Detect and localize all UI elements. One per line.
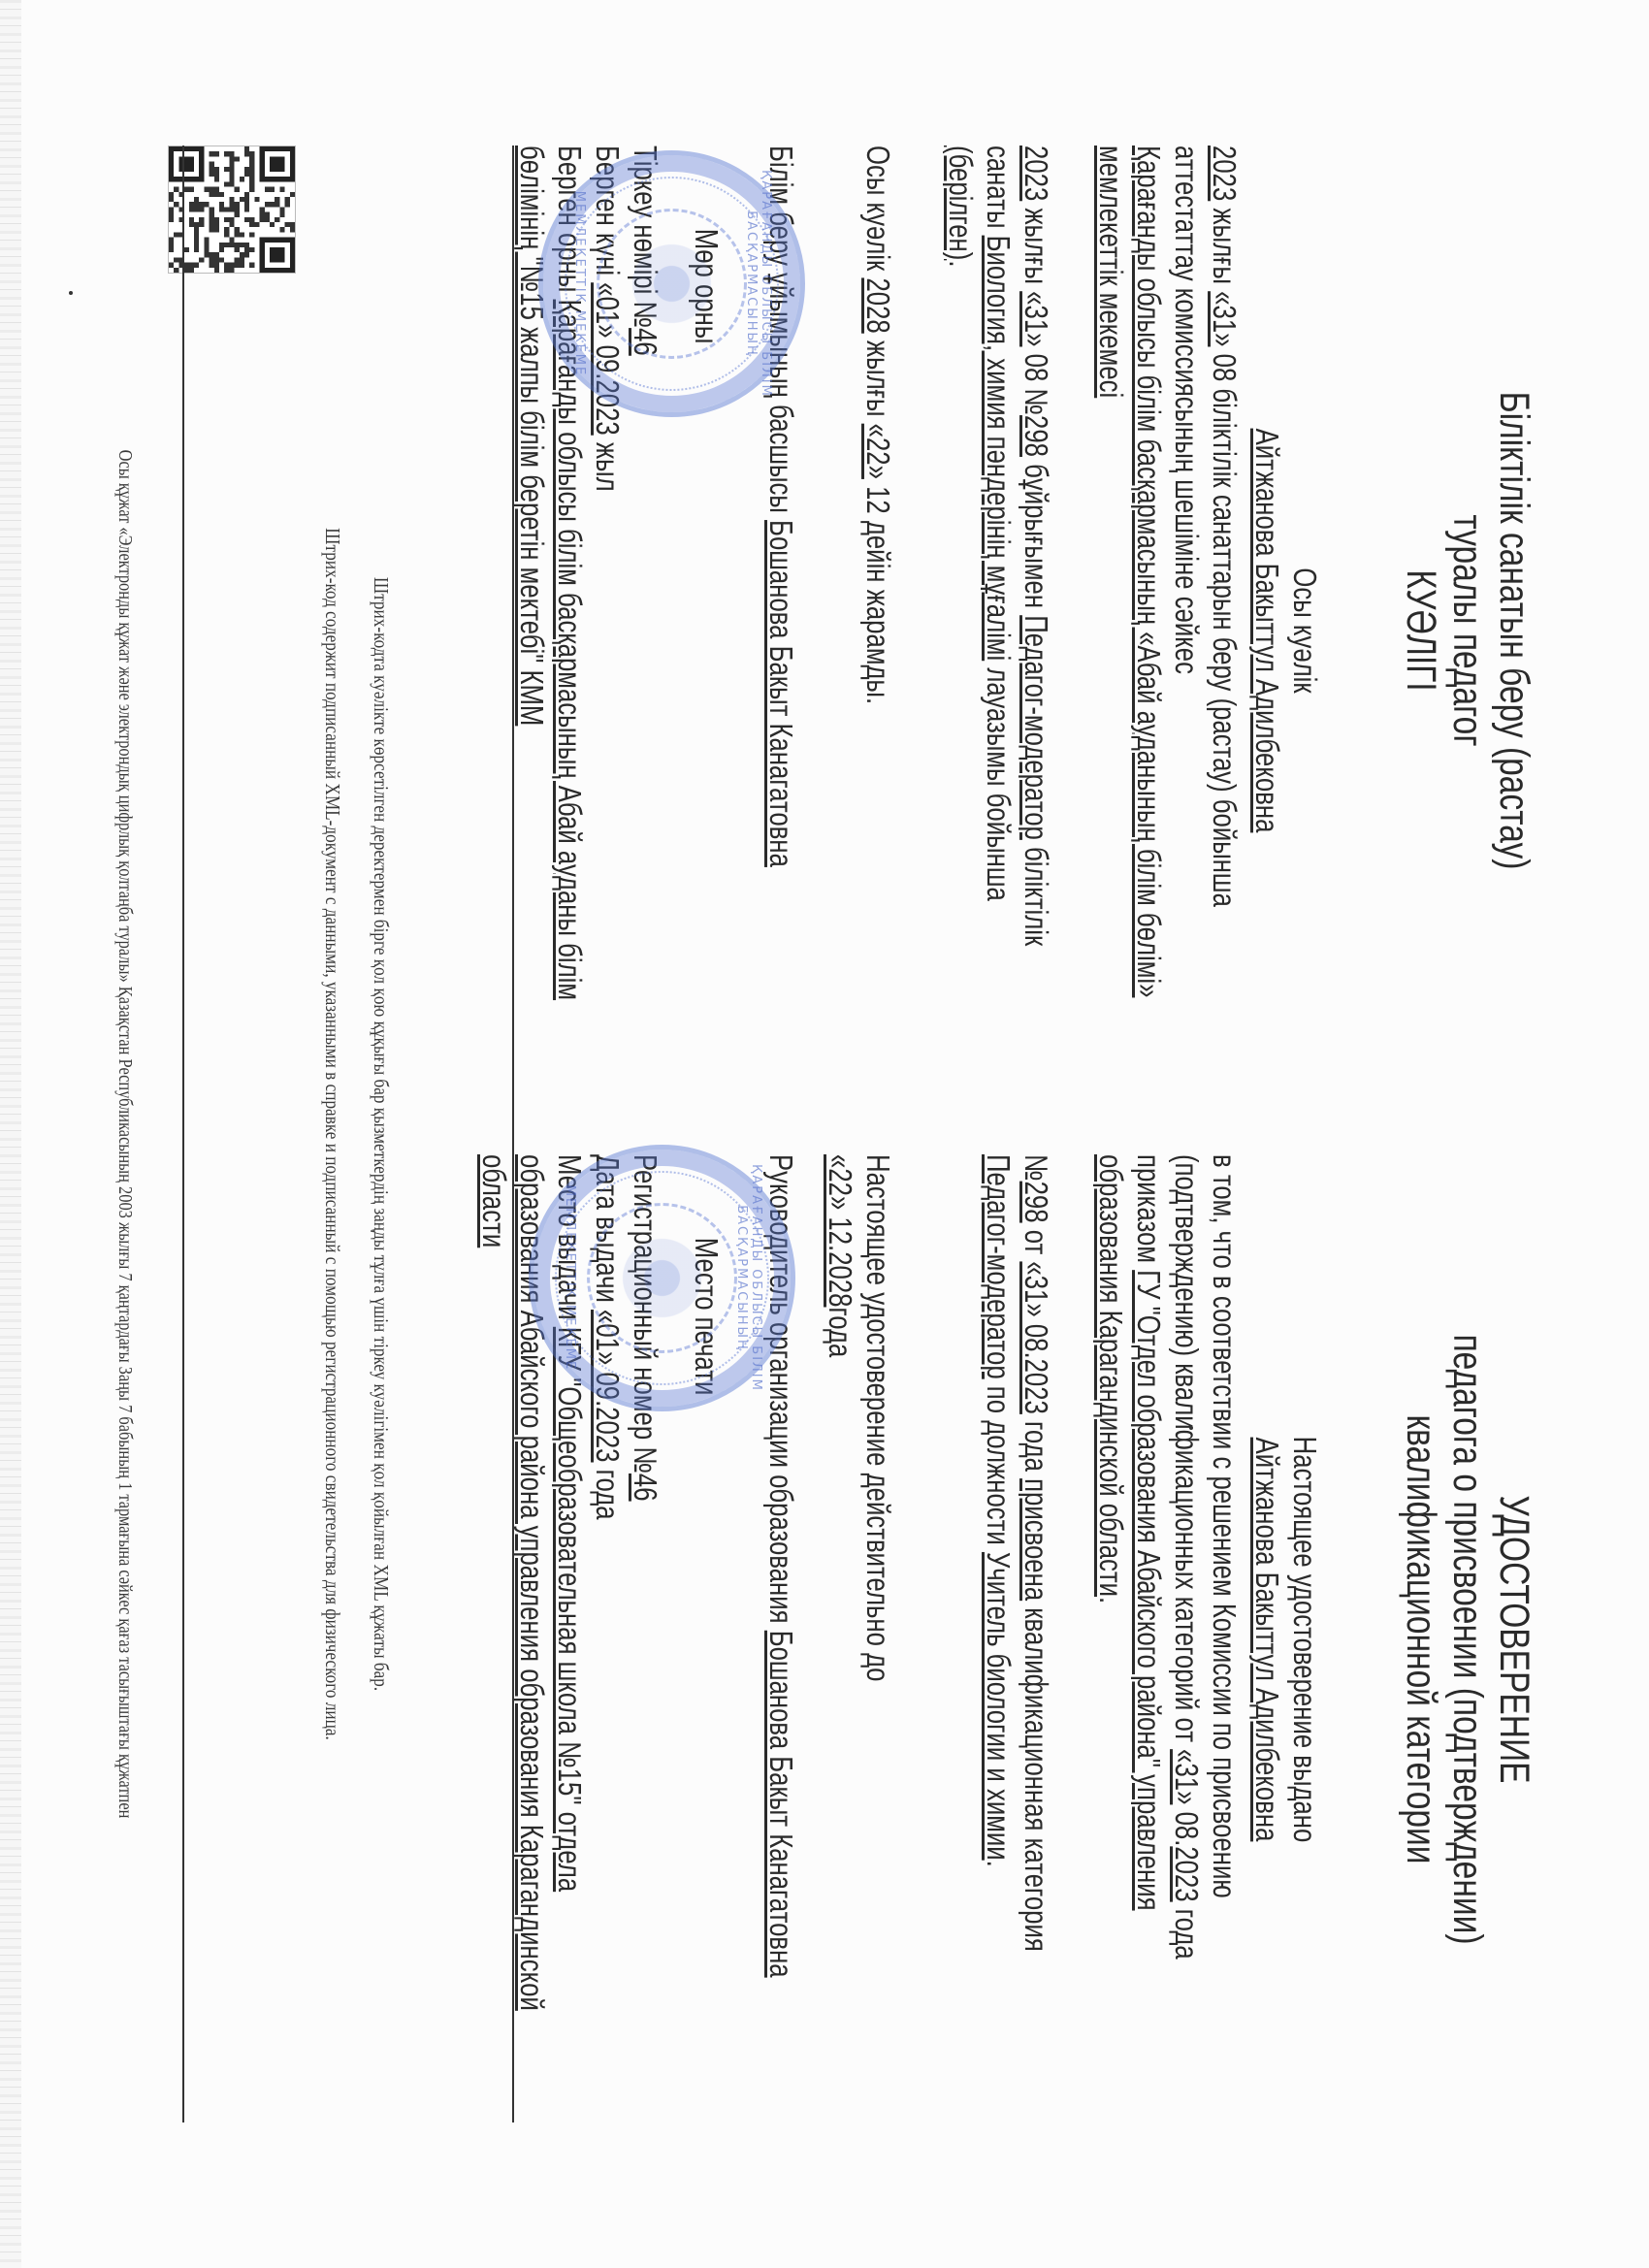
kz-validity: Осы куәлік 2028 жылғы «22» 12 дейін жара… [859,146,897,1114]
ru-order-by-position: по должности [981,1379,1017,1552]
kz-order: 2023 жылғы «31» 08 №298 бұйрығымен Педаг… [942,146,1055,1114]
kz-stamp-text-top: ҚАРАҒАНДЫ ОБЛЫСЫ БІЛІМ БАСҚАРМАСЫНЫҢ [744,155,773,412]
ru-head-name: Бошанова Бакыт Канагатовна [763,1631,799,1978]
ru-validity-suffix: года [823,1307,858,1357]
kz-date-suffix: жыл [590,436,626,492]
ru-validity-line-1: Настоящее удостоверение действительно до [859,1154,897,2122]
kz-order-category: Педагог-модератор [1018,615,1054,840]
ru-order-number: 298 [1018,1182,1054,1223]
ru-validity-date: «22» 12.2028 [823,1154,858,1307]
footer-legal-note: Осы құжат «Электронды құжат және электро… [113,204,136,2063]
kz-title: Біліктілік санатын беру (растау) туралы … [1398,252,1537,1009]
ru-order-assigned: присвоена [1018,1478,1054,1601]
kz-order-line2-prefix: санаты [981,146,1017,236]
ru-decision-line3-prefix: приказом [1131,1154,1167,1270]
scan-speck [69,291,73,295]
ru-decision-org-suffix: . [1093,1597,1129,1604]
kz-decision: 2023 жылғы «31» 08 біліктілік санаттарын… [1092,146,1244,1114]
ru-decision-day: «31» [1169,1749,1205,1804]
kz-order-year-suffix: жылғы [1018,201,1054,291]
ru-place-line-3: области [476,1154,512,1247]
kz-validity-month: 12 [860,479,896,514]
ru-order-no-prefix: № [1018,1154,1054,1182]
ru-decision-line-2: (подтверждению) квалификационных категор… [1169,1154,1205,1749]
kz-order-after-category: біліктілік [1018,840,1054,946]
ru-order-after-assigned: квалификационная категория [1018,1601,1054,1952]
kz-official-stamp: ҚАРАҒАНДЫ ОБЛЫСЫ БІЛІМ БАСҚАРМАСЫНЫҢ МЕМ… [538,150,805,417]
kz-intro-text: Осы куәлік [1286,252,1324,1009]
footer-barcode-note-kz: Штрих-кодта куәлікте көрсетілген деректе… [369,204,393,2063]
ru-title: УДОСТОВЕРЕНИЕ педагога о присвоении (под… [1398,1261,1537,2018]
scan-speck [1189,1426,1193,1430]
ru-place-line-1: КГУ "Общеобразовательная школа №15" отде… [552,1327,588,1892]
kz-validity-prefix: Осы куәлік [860,146,896,277]
kz-decision-year-suffix: жылғы [1207,201,1243,291]
russian-section: УДОСТОВЕРЕНИЕ педагога о присвоении (под… [0,1154,1649,2124]
kz-decision-org-2: мемлекеттік мекемесі [1093,146,1129,398]
ru-stamp-text-bottom: МЕМЛЕКЕТТІК МЕКЕМЕ [563,1150,577,1407]
kz-order-line2-suffix: лауазымы бойынша [981,661,1017,901]
ru-decision-org-2: образования Карагандинской области [1093,1154,1129,1597]
kz-decision-org-1: Қарағанды облысы білім басқармасының «Аб… [1131,146,1167,997]
kz-place-line-2: бөлімінің "№15 жалпы білім беретін мекте… [514,146,550,726]
kz-decision-text-2: аттестаттау комиссиясының шешіміне сәйке… [1168,146,1206,1114]
qr-code-graphic [169,146,295,273]
kz-order-day: «31» [1018,291,1054,346]
ru-stamp-text-top: ҚАРАҒАНДЫ ОБЛЫСЫ БІЛІМ БАСҚАРМАСЫНЫҢ [734,1150,763,1407]
ru-title-line-1: УДОСТОВЕРЕНИЕ [1491,1261,1537,2018]
ru-decision-org-1: ГУ "Отдел образования Абайского района" … [1131,1270,1167,1910]
ru-order-date: «31» 08.2023 [1018,1261,1054,1413]
kz-title-line-3: КУӘЛІГІ [1398,252,1444,1009]
ru-decision-date-suffix: года [1169,1902,1205,1960]
kz-head-name: Бошанова Бакыт Канагатовна [763,520,799,867]
kazakh-section: Біліктілік санатын беру (растау) туралы … [0,146,1649,1116]
ru-order-from: от [1018,1223,1054,1262]
ru-title-line-2: педагога о присвоении (подтверждении) [1444,1261,1491,2018]
ru-order-category: Педагог-модератор [981,1154,1017,1379]
kz-title-line-1: Біліктілік санатын беру (растау) [1491,252,1537,1009]
ru-decision-month: 08. [1169,1804,1205,1846]
kz-order-month: 08 [1018,346,1054,388]
kz-decision-text-1: біліктілік санаттарын беру (растау) бойы… [1207,388,1243,906]
kz-validity-day: «22» [860,424,896,479]
footer-barcode-note-ru: Штрих-код содержит подписанный XML-докум… [320,204,344,2063]
scan-edge [0,0,21,2268]
ru-title-line-3: квалификационной категории [1398,1261,1444,2018]
footer-bottom-rule [182,146,184,2122]
certificate-sheet: Біліктілік санатын беру (растау) туралы … [0,0,1649,2268]
ru-intro-text: Настоящее удостоверение выдано [1286,1261,1324,2018]
ru-intro: Настоящее удостоверение выдано Айтжанова… [1248,1261,1324,2018]
ru-reg-number: 46 [628,1474,663,1502]
ru-decision-year: 2023 [1169,1846,1205,1901]
kz-validity-year: 2028 [860,277,896,333]
kz-validity-suffix: дейін жарамды. [860,514,896,704]
kz-full-name: Айтжанова Бакыттул Адилбековна [1249,429,1285,833]
footer-top-rule [512,146,514,2122]
ru-official-stamp: ҚАРАҒАНДЫ ОБЛЫСЫ БІЛІМ БАСҚАРМАСЫНЫҢ МЕМ… [529,1145,795,1411]
ru-order-year-word: года [1018,1414,1054,1478]
ru-full-name: Айтжанова Бакыттул Адилбековна [1249,1438,1285,1842]
kz-order-given: (берілген) [943,146,979,260]
qr-code-icon[interactable] [168,146,296,274]
ru-decision-line-1: в том, что в соответствии с решением Ком… [1206,1154,1244,2122]
ru-date-suffix: года [590,1462,626,1519]
ru-order: №298 от «31» 08.2023 года присвоена квал… [980,1154,1055,2122]
ru-validity: Настоящее удостоверение действительно до… [822,1154,897,2122]
kz-order-position: Биология, химия пәндерінің мұғалімі [981,236,1017,662]
kz-validity-year-suffix: жылғы [860,334,896,424]
kz-title-line-2: туралы педагог [1444,252,1491,1009]
kz-order-after-no: бұйрығымен [1018,457,1054,615]
kz-order-year: 2023 [1018,146,1054,201]
ru-decision: в том, что в соответствии с решением Ком… [1092,1154,1244,2122]
ru-order-suffix: . [981,1861,1017,1867]
kz-order-number: 298 [1018,415,1054,457]
kz-decision-month: 08 [1207,346,1243,388]
kz-order-no-prefix: № [1018,388,1054,415]
kz-decision-year: 2023 [1207,146,1243,201]
kz-intro: Осы куәлік Айтжанова Бакыттул Адилбековн… [1248,252,1324,1009]
kz-decision-day: «31» [1207,291,1243,346]
ru-order-position: Учитель биологии и химии [981,1552,1017,1861]
kz-stamp-text-bottom: МЕМЛЕКЕТТІК МЕКЕМЕ [572,155,587,412]
kz-order-given-suffix: . [943,260,979,267]
